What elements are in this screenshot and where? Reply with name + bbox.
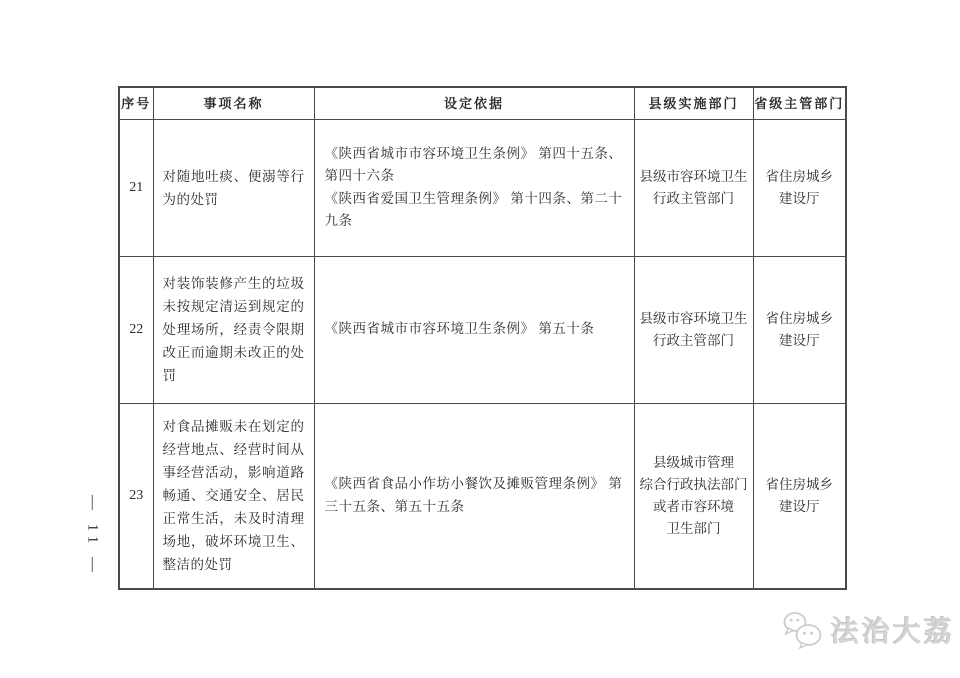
wechat-icon [782,610,824,650]
county-dept-line: 综合行政执法部门 [639,474,749,496]
header-事项名称: 事项名称 [153,87,314,119]
county-dept-line: 县级市容环境卫生 [639,166,749,188]
header-设定依据: 设定依据 [314,87,634,119]
county-dept-cell: 县级市容环境卫生 行政主管部门 [634,256,753,403]
province-dept-line: 省住房城乡 [758,308,842,330]
table-row-22: 22 对装饰装修产生的垃圾未按规定清运到规定的处理场所，经责令限期改正而逾期未改… [119,256,846,403]
row-number-cell: 22 [119,256,153,403]
county-dept-line: 或者市容环境 [639,496,749,518]
county-dept-line: 行政主管部门 [639,330,749,352]
county-dept-line: 县级市容环境卫生 [639,308,749,330]
table-row-23: 23 对食品摊贩未在划定的经营地点、经营时间从事经营活动，影响道路畅通、交通安全… [119,403,846,589]
basis-cell: 《陕西省城市市容环境卫生条例》 第五十条 [314,256,634,403]
province-dept-cell: 省住房城乡 建设厅 [753,256,846,403]
header-省级主管部门: 省级主管部门 [753,87,846,119]
province-dept-line: 建设厅 [758,330,842,352]
page-number: — 11 — [84,495,101,577]
county-dept-line: 行政主管部门 [639,188,749,210]
basis-line: 《陕西省城市市容环境卫生条例》 第五十条 [325,318,624,341]
table-row-21: 21 对随地吐痰、便溺等行为的处罚 《陕西省城市市容环境卫生条例》 第四十五条、… [119,119,846,256]
basis-line: 《陕西省城市市容环境卫生条例》 第四十五条、第四十六条 [325,143,624,188]
county-dept-line: 县级城市管理 [639,452,749,474]
item-name-cell: 对随地吐痰、便溺等行为的处罚 [153,119,314,256]
row-number-cell: 21 [119,119,153,256]
scanned-document-page: — 11 — 序号 事项名称 设定依据 县级实施部门 省级主管部门 21 对随地… [0,0,960,678]
county-dept-cell: 县级城市管理 综合行政执法部门 或者市容环境 卫生部门 [634,403,753,589]
penalty-items-table: 序号 事项名称 设定依据 县级实施部门 省级主管部门 21 对随地吐痰、便溺等行… [118,86,847,590]
watermark: 法治大荔 [782,610,955,650]
basis-cell: 《陕西省城市市容环境卫生条例》 第四十五条、第四十六条 《陕西省爱国卫生管理条例… [314,119,634,256]
header-序号: 序号 [119,87,153,119]
province-dept-cell: 省住房城乡 建设厅 [753,119,846,256]
row-number-cell: 23 [119,403,153,589]
item-name-cell: 对食品摊贩未在划定的经营地点、经营时间从事经营活动，影响道路畅通、交通安全、居民… [153,403,314,589]
county-dept-line: 卫生部门 [639,518,749,540]
province-dept-line: 建设厅 [758,188,842,210]
table-header-row: 序号 事项名称 设定依据 县级实施部门 省级主管部门 [119,87,846,119]
province-dept-line: 建设厅 [758,496,842,518]
basis-line: 《陕西省食品小作坊小餐饮及摊贩管理条例》 第三十五条、第五十五条 [325,473,624,518]
basis-cell: 《陕西省食品小作坊小餐饮及摊贩管理条例》 第三十五条、第五十五条 [314,403,634,589]
item-name-cell: 对装饰装修产生的垃圾未按规定清运到规定的处理场所，经责令限期改正而逾期未改正的处… [153,256,314,403]
province-dept-cell: 省住房城乡 建设厅 [753,403,846,589]
header-县级实施部门: 县级实施部门 [634,87,753,119]
watermark-text: 法治大荔 [831,610,955,650]
province-dept-line: 省住房城乡 [758,474,842,496]
county-dept-cell: 县级市容环境卫生 行政主管部门 [634,119,753,256]
basis-line: 《陕西省爱国卫生管理条例》 第十四条、第二十九条 [325,188,624,233]
province-dept-line: 省住房城乡 [758,166,842,188]
